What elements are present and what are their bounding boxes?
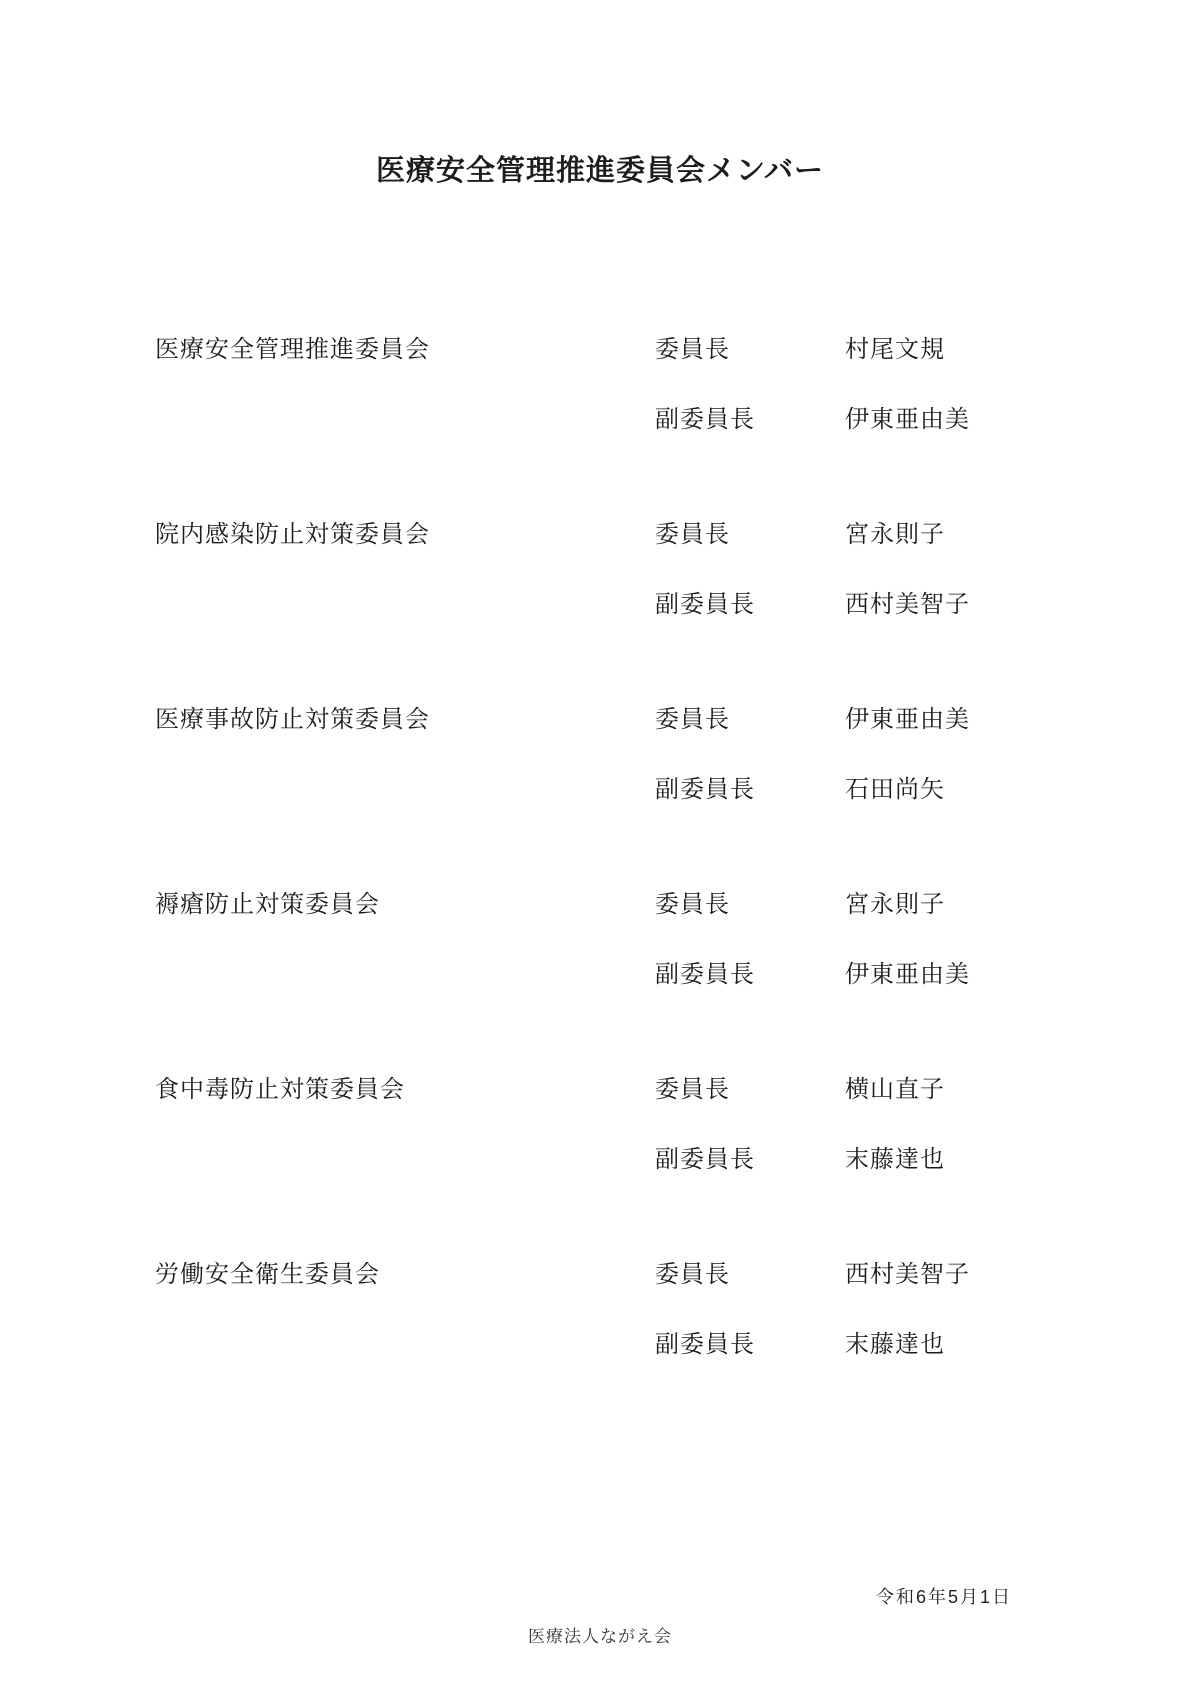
committee-section-food-poisoning: 食中毒防止対策委員会 委員長 横山直子 副委員長 末藤達也 [155,1069,1100,1169]
committee-name: 労働安全衛生委員会 [155,1254,655,1289]
member-name: 石田尚矢 [845,769,1100,804]
role-label: 副委員長 [655,1324,845,1359]
committee-row: 医療事故防止対策委員会 委員長 伊東亜由美 [155,699,1100,729]
member-name: 伊東亜由美 [845,699,1100,734]
member-name: 末藤達也 [845,1139,1100,1174]
member-name: 横山直子 [845,1069,1100,1104]
committee-row: 副委員長 西村美智子 [155,584,1100,614]
committee-row: 副委員長 末藤達也 [155,1139,1100,1169]
member-name: 宮永則子 [845,514,1100,549]
role-label: 委員長 [655,1254,845,1289]
member-name: 末藤達也 [845,1324,1100,1359]
role-label: 委員長 [655,1069,845,1104]
date-label: 令和6年5月1日 [876,1583,1012,1609]
committee-section-accident-prevention: 医療事故防止対策委員会 委員長 伊東亜由美 副委員長 石田尚矢 [155,699,1100,799]
committee-row: 副委員長 伊東亜由美 [155,399,1100,429]
committee-name: 食中毒防止対策委員会 [155,1069,655,1104]
member-name: 村尾文規 [845,329,1100,364]
role-label: 副委員長 [655,584,845,619]
member-name: 伊東亜由美 [845,399,1100,434]
committee-row: 労働安全衛生委員会 委員長 西村美智子 [155,1254,1100,1284]
role-label: 委員長 [655,329,845,364]
role-label: 副委員長 [655,1139,845,1174]
committee-row: 副委員長 伊東亜由美 [155,954,1100,984]
role-label: 副委員長 [655,399,845,434]
committee-row: 医療安全管理推進委員会 委員長 村尾文規 [155,329,1100,359]
page-title: 医療安全管理推進委員会メンバー [0,0,1200,189]
committee-name: 褥瘡防止対策委員会 [155,884,655,919]
committee-row: 副委員長 石田尚矢 [155,769,1100,799]
committee-name: 院内感染防止対策委員会 [155,514,655,549]
committee-name: 医療安全管理推進委員会 [155,329,655,364]
role-label: 委員長 [655,514,845,549]
committee-row: 副委員長 末藤達也 [155,1324,1100,1354]
committee-row: 食中毒防止対策委員会 委員長 横山直子 [155,1069,1100,1099]
committee-section-occupational-safety: 労働安全衛生委員会 委員長 西村美智子 副委員長 末藤達也 [155,1254,1100,1354]
committee-name: 医療事故防止対策委員会 [155,699,655,734]
role-label: 委員長 [655,884,845,919]
committee-section-medical-safety: 医療安全管理推進委員会 委員長 村尾文規 副委員長 伊東亜由美 [155,329,1100,429]
role-label: 副委員長 [655,769,845,804]
committee-list: 医療安全管理推進委員会 委員長 村尾文規 副委員長 伊東亜由美 院内感染防止対策… [0,329,1200,1354]
member-name: 西村美智子 [845,584,1100,619]
committee-row: 院内感染防止対策委員会 委員長 宮永則子 [155,514,1100,544]
member-name: 西村美智子 [845,1254,1100,1289]
organization-label: 医療法人ながえ会 [0,1622,1200,1647]
committee-row: 褥瘡防止対策委員会 委員長 宮永則子 [155,884,1100,914]
document-page: 医療安全管理推進委員会メンバー 医療安全管理推進委員会 委員長 村尾文規 副委員… [0,0,1200,1697]
committee-section-infection-control: 院内感染防止対策委員会 委員長 宮永則子 副委員長 西村美智子 [155,514,1100,614]
member-name: 宮永則子 [845,884,1100,919]
role-label: 副委員長 [655,954,845,989]
committee-section-pressure-ulcer: 褥瘡防止対策委員会 委員長 宮永則子 副委員長 伊東亜由美 [155,884,1100,984]
role-label: 委員長 [655,699,845,734]
member-name: 伊東亜由美 [845,954,1100,989]
